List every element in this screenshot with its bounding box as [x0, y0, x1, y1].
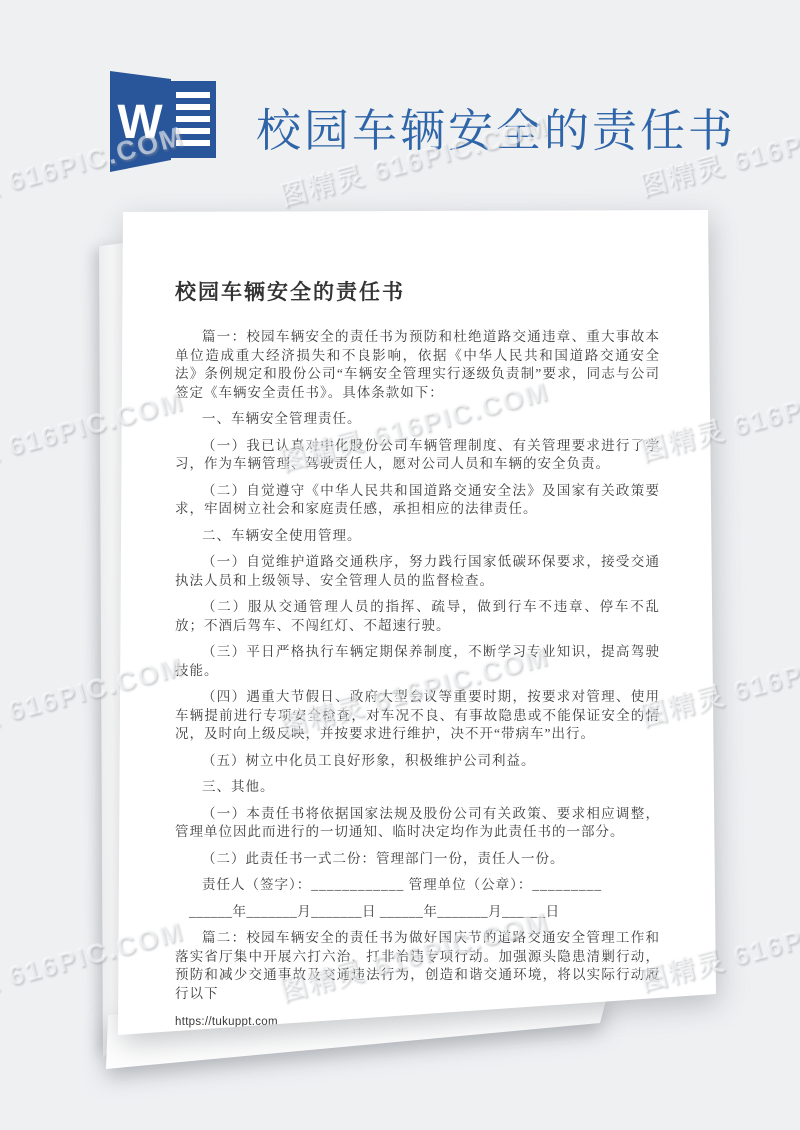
doc-paragraph: （一）本责任书将依据国家法规及股份公司有关政策、要求相应调整，管理单位因此而进行…	[175, 805, 660, 842]
doc-paragraph: （三）平日严格执行车辆定期保养制度，不断学习专业知识，提高驾驶技能。	[175, 643, 660, 680]
document-footer-url: https://tukuppt.com	[175, 1016, 660, 1028]
page-title: 校园车辆安全的责任书	[256, 94, 736, 159]
document-sheet-paper: 校园车辆安全的责任书 篇一：校园车辆安全的责任书为预防和杜绝道路交通违章、重大事…	[118, 208, 718, 1038]
document-paragraphs: 篇一：校园车辆安全的责任书为预防和杜绝道路交通违章、重大事故本单位造成重大经济损…	[175, 328, 660, 1003]
doc-paragraph: （二）服从交通管理人员的指挥、疏导，做到行车不违章、停车不乱放；不酒后驾车、不闯…	[175, 598, 660, 635]
doc-paragraph: 一、车辆安全管理责任。	[175, 410, 660, 429]
doc-paragraph: （二）自觉遵守《中华人民共和国道路交通安全法》及国家有关政策要求，牢固树立社会和…	[175, 482, 660, 519]
page-background: W 校园车辆安全的责任书 校园车辆安全的责任书 篇一：校园车辆安全的责任书为预防…	[0, 0, 800, 1130]
doc-paragraph: 篇一：校园车辆安全的责任书为预防和杜绝道路交通违章、重大事故本单位造成重大经济损…	[175, 328, 660, 402]
doc-paragraph: 二、车辆安全使用管理。	[175, 527, 660, 546]
doc-paragraph: （五）树立中化员工良好形象，积极维护公司利益。	[175, 752, 660, 771]
doc-paragraph: 篇二：校园车辆安全的责任书为做好国庆节的道路交通安全管理工作和落实省厅集中开展六…	[175, 929, 660, 1003]
document-title: 校园车辆安全的责任书	[175, 276, 660, 306]
document-sheet: 校园车辆安全的责任书 篇一：校园车辆安全的责任书为预防和杜绝道路交通违章、重大事…	[118, 208, 718, 1038]
doc-paragraph: （四）遇重大节假日、政府大型会议等重要时期，按要求对管理、使用车辆提前进行专项安…	[175, 688, 660, 744]
doc-paragraph: 责任人（签字）：____________ 管理单位（公章）：_________	[175, 876, 660, 895]
header: W 校园车辆安全的责任书	[0, 0, 800, 210]
svg-text:W: W	[117, 96, 163, 149]
doc-paragraph: （一）我已认真对中化股份公司车辆管理制度、有关管理要求进行了学习，作为车辆管理、…	[175, 437, 660, 474]
document-body: 校园车辆安全的责任书 篇一：校园车辆安全的责任书为预防和杜绝道路交通违章、重大事…	[118, 208, 718, 1028]
word-icon: W	[110, 71, 216, 172]
doc-paragraph: ______年_______月_______日 ______年_______月_…	[175, 903, 660, 922]
doc-paragraph: （二）此责任书一式二份：管理部门一份，责任人一份。	[175, 850, 660, 869]
doc-paragraph: （一）自觉维护道路交通秩序，努力践行国家低碳环保要求，接受交通执法人员和上级领导…	[175, 553, 660, 590]
doc-paragraph: 三、其他。	[175, 778, 660, 797]
